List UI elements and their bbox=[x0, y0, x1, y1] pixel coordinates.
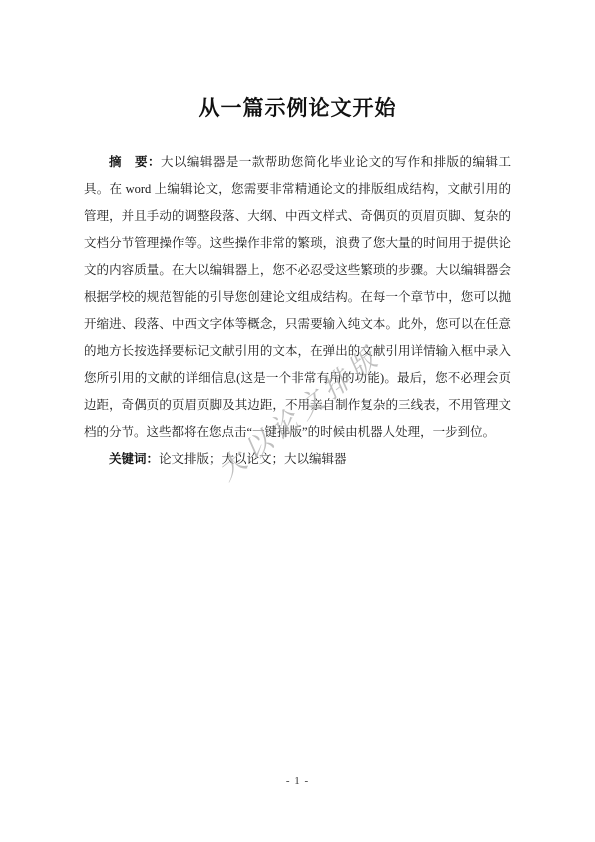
abstract-label: 摘 要： bbox=[109, 155, 161, 169]
document-page: 从一篇示例论文开始 摘 要：大以编辑器是一款帮助您简化毕业论文的写作和排版的编辑… bbox=[0, 0, 595, 842]
page-number: - 1 - bbox=[0, 775, 595, 787]
abstract-text: 大以编辑器是一款帮助您简化毕业论文的写作和排版的编辑工具。在 word 上编辑论… bbox=[84, 155, 511, 439]
keywords-label: 关键词： bbox=[109, 452, 159, 466]
keywords-paragraph: 关键词：论文排版；大以论文；大以编辑器 bbox=[84, 446, 511, 473]
page-title: 从一篇示例论文开始 bbox=[0, 0, 595, 122]
keywords-text: 论文排版；大以论文；大以编辑器 bbox=[159, 452, 347, 466]
abstract-paragraph: 摘 要：大以编辑器是一款帮助您简化毕业论文的写作和排版的编辑工具。在 word … bbox=[84, 149, 511, 446]
document-body: 摘 要：大以编辑器是一款帮助您简化毕业论文的写作和排版的编辑工具。在 word … bbox=[84, 149, 511, 473]
